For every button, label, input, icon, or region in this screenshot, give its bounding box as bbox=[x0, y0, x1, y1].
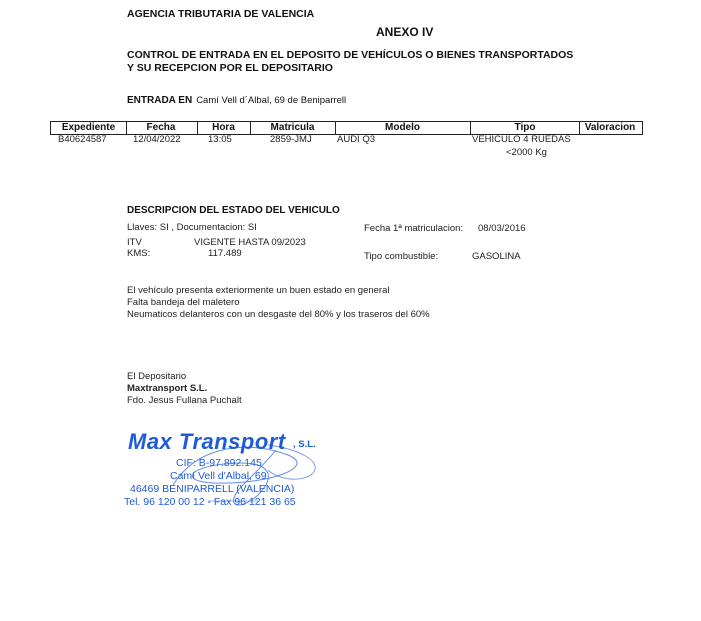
estado-title: DESCRIPCION DEL ESTADO DEL VEHICULO bbox=[127, 205, 340, 216]
col-expediente: Expediente bbox=[50, 121, 127, 135]
stamp-address: Camí Vell d'Albal, 69 bbox=[170, 470, 267, 482]
cell-tipo-line1: VEHICULO 4 RUEDAS bbox=[472, 134, 571, 145]
observacion-line: Falta bandeja del maletero bbox=[127, 297, 240, 308]
combustible-label: Tipo combustible: bbox=[364, 251, 438, 262]
kms-value: 117.489 bbox=[208, 248, 242, 259]
stamp-phone: Tel. 96 120 00 12 - Fax 96 121 36 65 bbox=[124, 496, 296, 508]
col-tipo: Tipo bbox=[470, 121, 580, 135]
firma-company: Maxtransport S.L. bbox=[127, 383, 207, 394]
itv-label: ITV bbox=[127, 237, 142, 248]
cell-hora: 13:05 bbox=[208, 134, 232, 145]
agency-name: AGENCIA TRIBUTARIA DE VALENCIA bbox=[127, 8, 314, 20]
annex-title: ANEXO IV bbox=[376, 25, 433, 39]
observacion-line: Neumaticos delanteros con un desgaste de… bbox=[127, 309, 430, 320]
stamp-suffix: , S.L. bbox=[293, 439, 316, 450]
fecha-matriculacion-value: 08/03/2016 bbox=[478, 223, 526, 234]
cell-fecha: 12/04/2022 bbox=[133, 134, 181, 145]
itv-value: VIGENTE HASTA 09/2023 bbox=[194, 237, 306, 248]
col-modelo: Modelo bbox=[335, 121, 471, 135]
stamp-city: 46469 BENIPARRELL (VALENCIA) bbox=[130, 483, 294, 495]
document-title-line1: CONTROL DE ENTRADA EN EL DEPOSITO DE VEH… bbox=[127, 49, 573, 61]
company-stamp: Max Transport , S.L. CIF: B-97.892.145 C… bbox=[118, 425, 348, 525]
firma-signer: Fdo. Jesus Fullana Puchalt bbox=[127, 395, 242, 406]
col-valoracion: Valoracion bbox=[578, 121, 643, 135]
firma-role: El Depositario bbox=[127, 371, 186, 382]
fecha-matriculacion-label: Fecha 1ª matriculacion: bbox=[364, 223, 463, 234]
combustible-value: GASOLINA bbox=[472, 251, 521, 262]
col-fecha: Fecha bbox=[125, 121, 198, 135]
col-matricula: Matricula bbox=[250, 121, 336, 135]
observacion-line: El vehículo presenta exteriormente un bu… bbox=[127, 285, 389, 296]
document-title-line2: Y SU RECEPCION POR EL DEPOSITARIO bbox=[127, 62, 333, 74]
entry-address: Camí Vell d´Albal, 69 de Beniparrell bbox=[196, 95, 346, 106]
col-hora: Hora bbox=[197, 121, 251, 135]
entry-location: ENTRADA ENCamí Vell d´Albal, 69 de Benip… bbox=[127, 95, 346, 106]
entry-label: ENTRADA EN bbox=[127, 95, 192, 106]
cell-matricula: 2859-JMJ bbox=[270, 134, 312, 145]
cell-modelo: AUDI Q3 bbox=[337, 134, 375, 145]
kms-label: KMS: bbox=[127, 248, 150, 259]
stamp-cif: CIF: B-97.892.145 bbox=[176, 457, 262, 469]
llaves-documentacion: Llaves: SI , Documentacion: SI bbox=[127, 222, 257, 233]
cell-tipo-line2: <2000 Kg bbox=[506, 147, 547, 158]
cell-expediente: B40624587 bbox=[58, 134, 107, 145]
stamp-brand: Max Transport bbox=[128, 429, 286, 455]
